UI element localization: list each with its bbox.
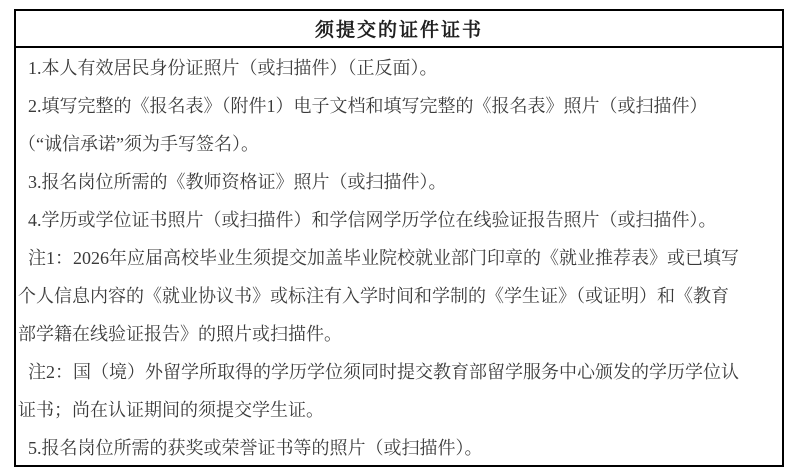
requirement-line: 注2：国（境）外留学所取得的学历学位须同时提交教育部留学服务中心颁发的学历学位认 <box>18 353 780 391</box>
requirement-line: 2.填写完整的《报名表》（附件1）电子文档和填写完整的《报名表》照片（或扫描件） <box>18 87 780 125</box>
requirement-line: 部学籍在线验证报告》的照片或扫描件。 <box>18 315 780 353</box>
requirement-line: （“诚信承诺”须为手写签名）。 <box>18 125 780 163</box>
table-header-row: 须提交的证件证书 <box>16 11 782 48</box>
requirement-line: 1.本人有效居民身份证照片（或扫描件）（正反面）。 <box>18 49 780 87</box>
requirement-line: 3.报名岗位所需的《教师资格证》照片（或扫描件）。 <box>18 163 780 201</box>
requirement-line: 5.报名岗位所需的获奖或荣誉证书等的照片（或扫描件）。 <box>18 429 780 465</box>
requirement-note-2: 注2：国（境）外留学所取得的学历学位须同时提交教育部留学服务中心颁发的学历学位认… <box>18 353 780 429</box>
requirement-item-2: 2.填写完整的《报名表》（附件1）电子文档和填写完整的《报名表》照片（或扫描件）… <box>18 87 780 163</box>
table-title: 须提交的证件证书 <box>315 15 483 42</box>
requirement-item-1: 1.本人有效居民身份证照片（或扫描件）（正反面）。 <box>18 49 780 87</box>
requirement-line: 个人信息内容的《就业协议书》或标注有入学时间和学制的《学生证》（或证明）和《教育 <box>18 277 780 315</box>
requirement-item-3: 3.报名岗位所需的《教师资格证》照片（或扫描件）。 <box>18 163 780 201</box>
requirement-line: 注1：2026年应届高校毕业生须提交加盖毕业院校就业部门印章的《就业推荐表》或已… <box>18 239 780 277</box>
table-body: 1.本人有效居民身份证照片（或扫描件）（正反面）。2.填写完整的《报名表》（附件… <box>16 48 782 465</box>
requirement-line: 4.学历或学位证书照片（或扫描件）和学信网学历学位在线验证报告照片（或扫描件）。 <box>18 201 780 239</box>
requirement-note-1: 注1：2026年应届高校毕业生须提交加盖毕业院校就业部门印章的《就业推荐表》或已… <box>18 239 780 353</box>
requirement-line: 证书；尚在认证期间的须提交学生证。 <box>18 391 780 429</box>
required-documents-table: 须提交的证件证书 1.本人有效居民身份证照片（或扫描件）（正反面）。2.填写完整… <box>14 9 784 467</box>
requirement-item-4: 4.学历或学位证书照片（或扫描件）和学信网学历学位在线验证报告照片（或扫描件）。 <box>18 201 780 239</box>
requirement-item-5: 5.报名岗位所需的获奖或荣誉证书等的照片（或扫描件）。 <box>18 429 780 465</box>
